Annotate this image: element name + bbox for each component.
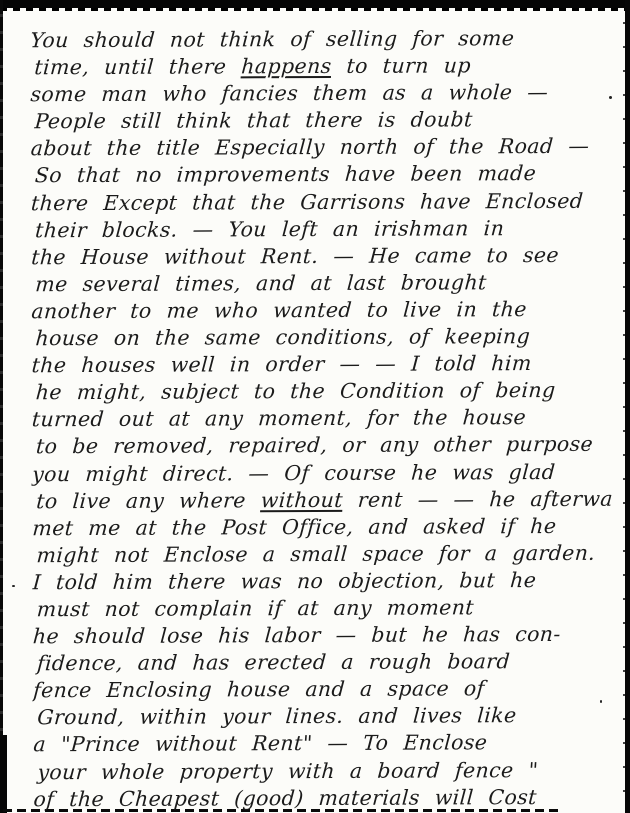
letter-text-segment: I told him there was no objection, but h… <box>32 568 537 594</box>
letter-text-segment: turned out at any moment, for the house <box>31 405 527 431</box>
letter-text-segment: might not Enclose a small space for a ga… <box>36 541 596 567</box>
letter-line: some man who fancies them as a whole — <box>30 79 611 109</box>
letter-text-segment: some man who fancies them as a whole — <box>30 80 549 106</box>
letter-text-segment: People still think that there is doubt <box>34 108 474 134</box>
scan-edge-left-bottom <box>0 735 7 813</box>
letter-text-segment: the houses well in order — — I told him <box>31 351 533 377</box>
letter-line: a "Prince without Rent" — To Enclose <box>32 729 613 759</box>
letter-text-segment: to turn up <box>331 53 472 78</box>
letter-text-segment: about the title Especially north of the … <box>30 134 590 160</box>
letter-line: house on the same conditions, of keeping <box>31 323 612 353</box>
letter-text-segment: Ground, within your lines. and lives lik… <box>36 703 517 729</box>
letter-line: the House without Rent. — He came to see <box>30 241 611 271</box>
letter-line: about the title Especially north of the … <box>30 133 611 163</box>
letter-text-segment: to live any where <box>36 488 262 513</box>
letter-line: there Except that the Garrisons have Enc… <box>30 187 611 217</box>
letter-text-segment: your whole property with a board fence " <box>37 758 539 784</box>
letter-line: me several times, and at last brought <box>30 269 611 299</box>
letter-line: So that no improvements have been made <box>30 160 611 190</box>
letter-text-segment: met me at the Post Office, and asked if … <box>32 514 558 540</box>
letter-text-segment: rent — — he afterwards <box>342 486 612 511</box>
letter-line: People still think that there is doubt <box>30 106 611 136</box>
letter-line: he should lose his labor — but he has co… <box>32 621 613 651</box>
scan-edge-left <box>0 0 3 813</box>
letter-text-segment: another to me who wanted to live in the <box>31 297 528 323</box>
scan-speck <box>609 96 612 99</box>
letter-line: of the Cheapest (good) materials will Co… <box>33 783 614 813</box>
letter-text-segment: So that no improvements have been made <box>34 162 537 188</box>
letter-line: Ground, within your lines. and lives lik… <box>32 702 613 732</box>
letter-line: turned out at any moment, for the house <box>31 404 612 434</box>
letter-line: time, until there happens to turn up <box>30 52 611 82</box>
letter-text-segment: must not complain if at any moment <box>36 595 475 621</box>
letter-line: to be removed, repaired, or any other pu… <box>31 431 612 461</box>
letter-line: your whole property with a board fence " <box>33 756 614 786</box>
letter-line: the houses well in order — — I told him <box>31 350 612 380</box>
letter-line: must not complain if at any moment <box>32 594 613 624</box>
letter-line: You should not think of selling for some <box>29 25 610 55</box>
letter-line: fidence, and has erected a rough board <box>32 648 613 678</box>
letter-text-segment: You should not think of selling for some <box>30 26 516 52</box>
letter-text-segment: time, until there <box>34 54 242 79</box>
letter-line: to live any where without rent — — he af… <box>31 485 612 515</box>
underlined-word: without <box>260 487 344 511</box>
letter-line: their blocks. — You left an irishman in <box>30 214 611 244</box>
letter-text-segment: you might direct. — Of course he was gla… <box>31 459 556 485</box>
letter-line: met me at the Post Office, and asked if … <box>32 512 613 542</box>
letter-line: I told him there was no objection, but h… <box>32 567 613 597</box>
scan-edge-top <box>0 0 630 8</box>
letter-line: he might, subject to the Condition of be… <box>31 377 612 407</box>
letter-text-segment: a "Prince without Rent" — To Enclose <box>33 731 489 757</box>
letter-text-segment: there Except that the Garrisons have Enc… <box>30 188 584 214</box>
letter-line: another to me who wanted to live in the <box>31 296 612 326</box>
letter-text-segment: of the Cheapest (good) materials will Co… <box>33 785 538 811</box>
letter-text-segment: fence Enclosing house and a space of <box>32 677 485 703</box>
letter-text-segment: their blocks. — You left an irishman in <box>34 216 505 242</box>
scan-edge-right <box>625 0 630 813</box>
scanned-letter-page: You should not think of selling for some… <box>0 0 630 813</box>
letter-line: might not Enclose a small space for a ga… <box>32 540 613 570</box>
letter-text-segment: me several times, and at last brought <box>35 270 488 296</box>
letter-text-segment: the House without Rent. — He came to see <box>30 243 559 269</box>
letter-text-segment: to be removed, repaired, or any other pu… <box>35 432 594 458</box>
letter-text-segment: fidence, and has erected a rough board <box>36 649 511 675</box>
letter-text-segment: he might, subject to the Condition of be… <box>35 378 556 404</box>
letter-text-segment: he should lose his labor — but he has co… <box>32 622 561 648</box>
letter-line: you might direct. — Of course he was gla… <box>31 458 612 488</box>
scan-speck <box>12 585 15 587</box>
letter-body: You should not think of selling for some… <box>29 25 611 813</box>
letter-text-segment: house on the same conditions, of keeping <box>35 324 531 350</box>
underlined-word: happens <box>241 54 333 78</box>
letter-line: fence Enclosing house and a space of <box>32 675 613 705</box>
